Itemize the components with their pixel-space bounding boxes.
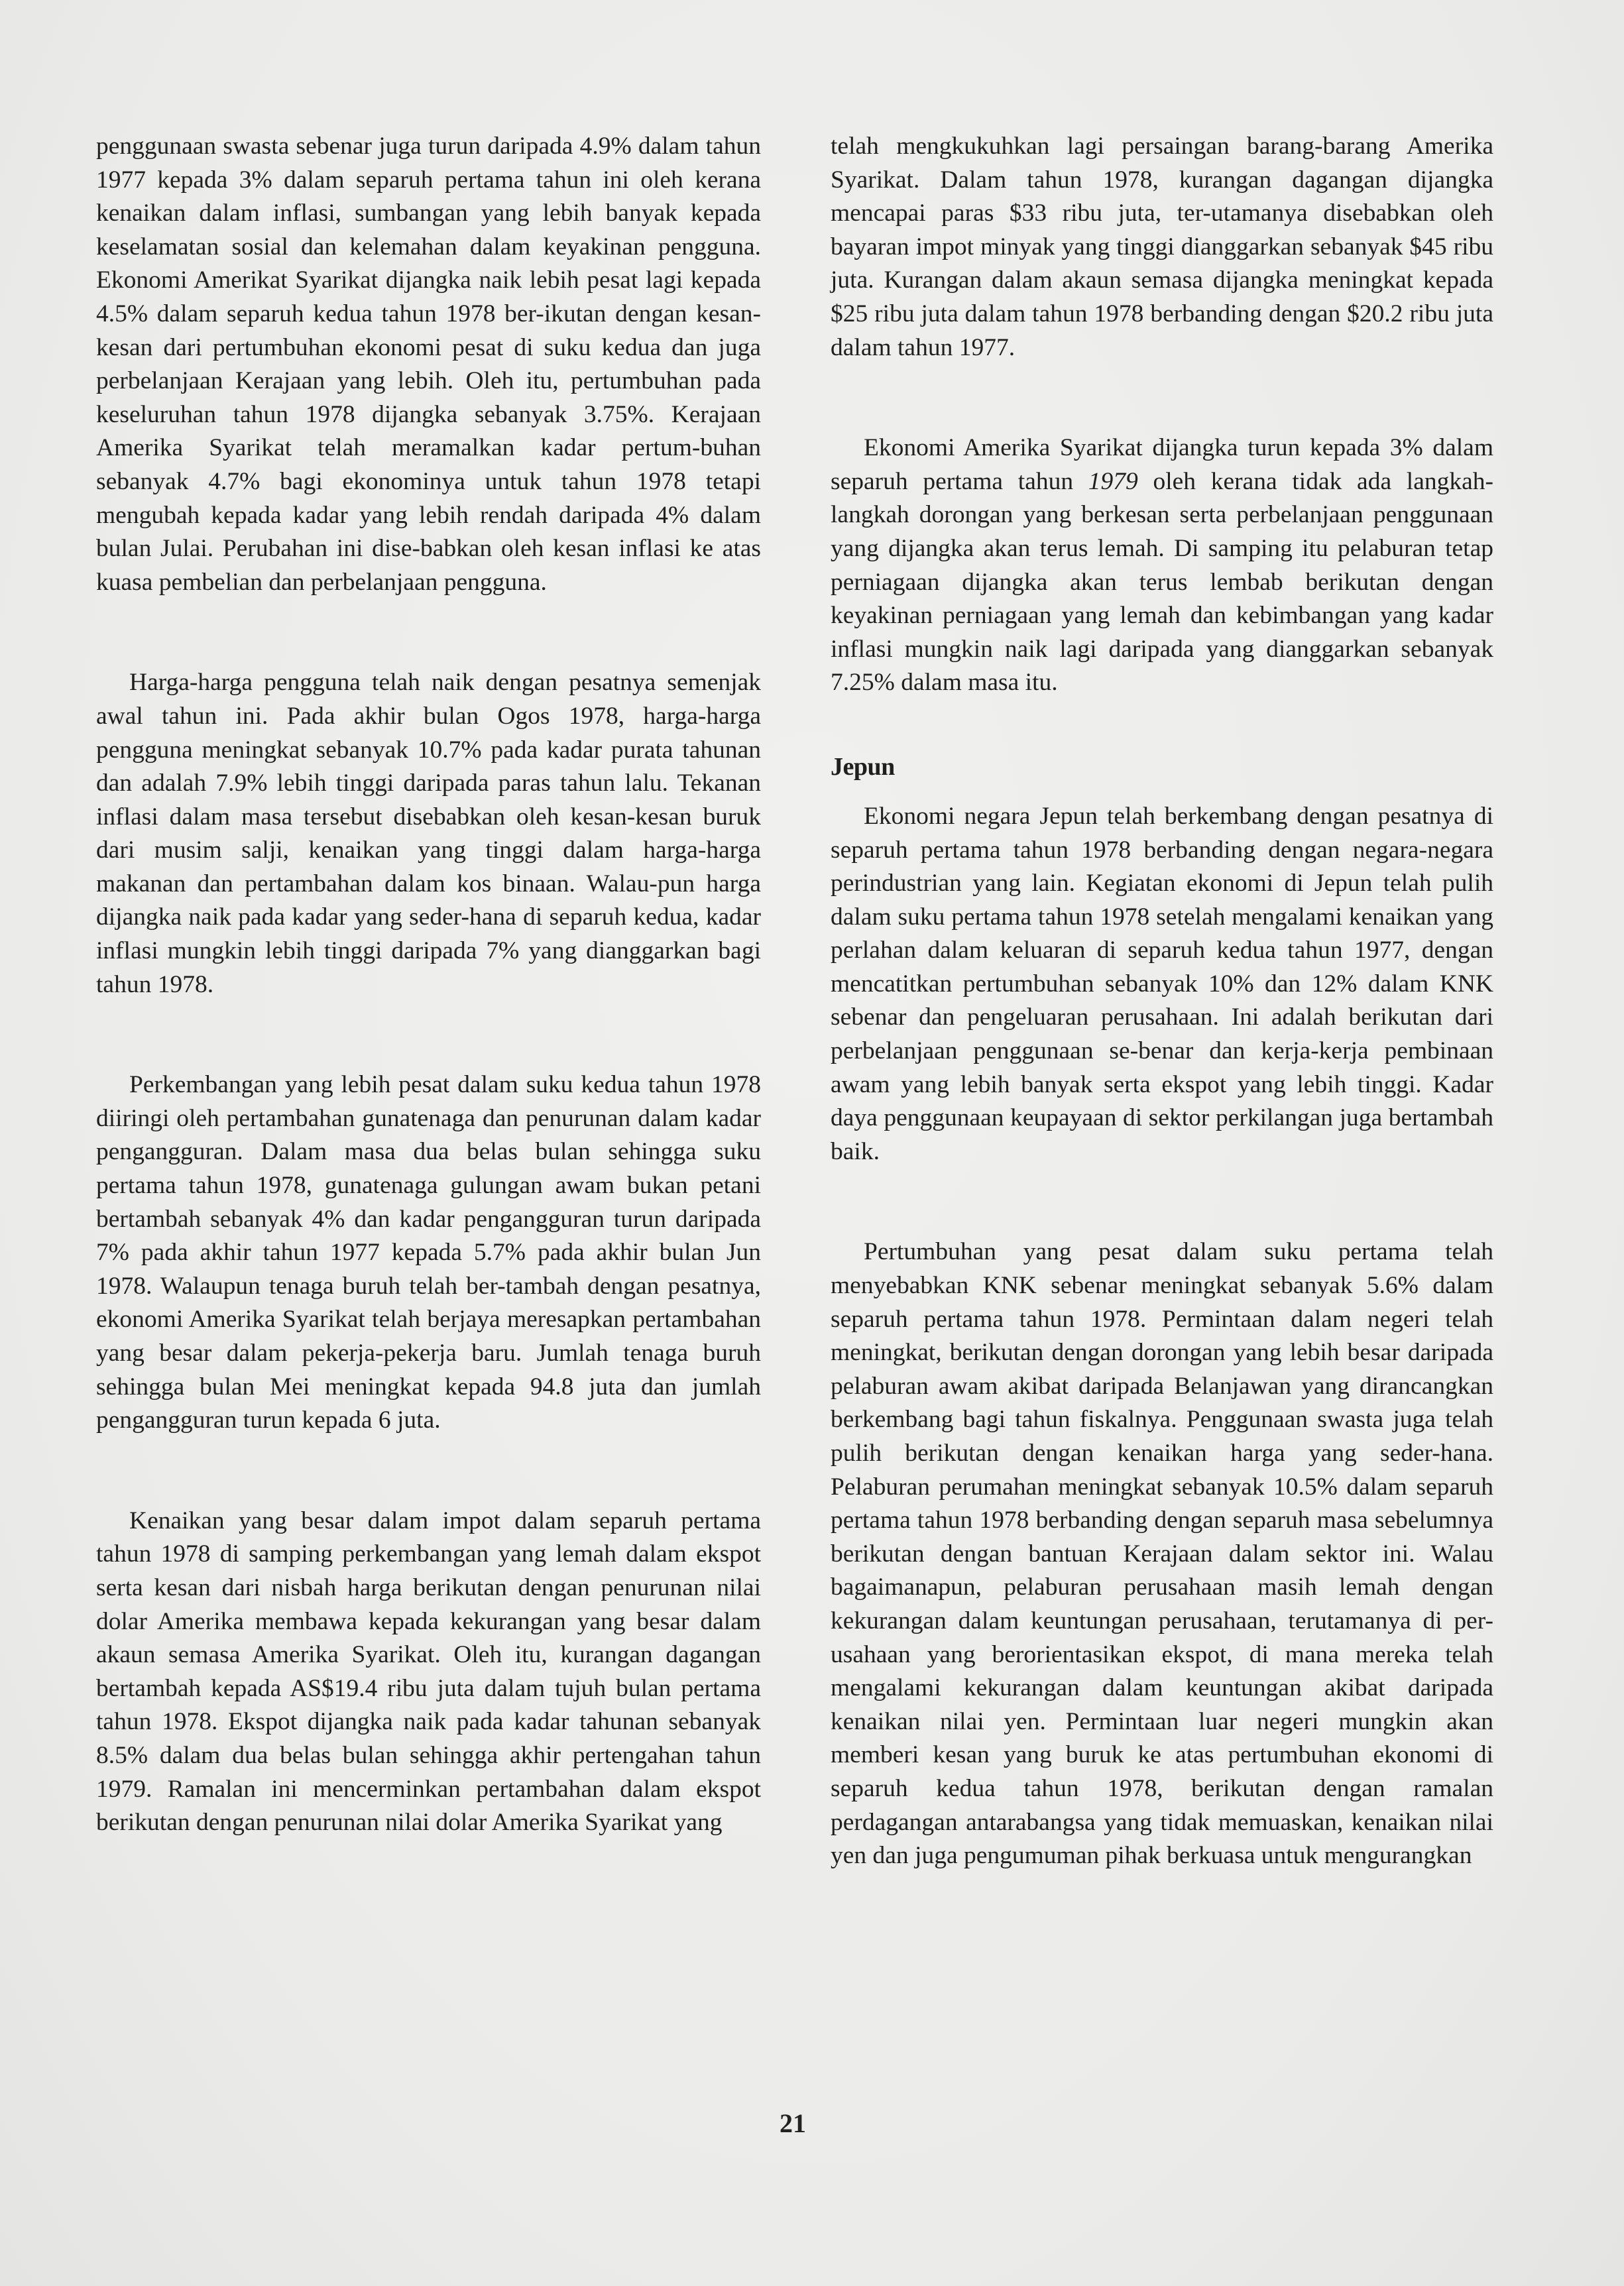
italic-year: 1979 <box>1088 468 1138 495</box>
paragraph-employment: Perkembangan yang lebih pesat dalam suku… <box>96 1068 761 1438</box>
section-heading-jepun: Jepun <box>831 750 1493 783</box>
paragraph-consumer-prices: Harga-harga pengguna telah naik dengan p… <box>96 666 761 1001</box>
paragraph-trade-deficit-1978: telah mengkukuhkan lagi persaingan baran… <box>831 130 1493 365</box>
paragraph-japan-growth: Pertumbuhan yang pesat dalam suku pertam… <box>831 1235 1493 1872</box>
page-number: 21 <box>780 2108 806 2139</box>
paragraph-us-consumption-growth: penggunaan swasta sebenar juga turun dar… <box>96 130 761 599</box>
paragraph-japan-economy: Ekonomi negara Jepun telah berkembang de… <box>831 800 1493 1169</box>
right-column: telah mengkukuhkan lagi persaingan baran… <box>831 130 1493 1873</box>
left-column: penggunaan swasta sebenar juga turun dar… <box>96 130 761 1840</box>
paragraph-us-outlook-1979: Ekonomi Amerika Syarikat dijangka turun … <box>831 431 1493 700</box>
paragraph-imports-trade-deficit: Kenaikan yang besar dalam impot dalam se… <box>96 1505 761 1840</box>
document-page: penggunaan swasta sebenar juga turun dar… <box>0 0 1624 2286</box>
